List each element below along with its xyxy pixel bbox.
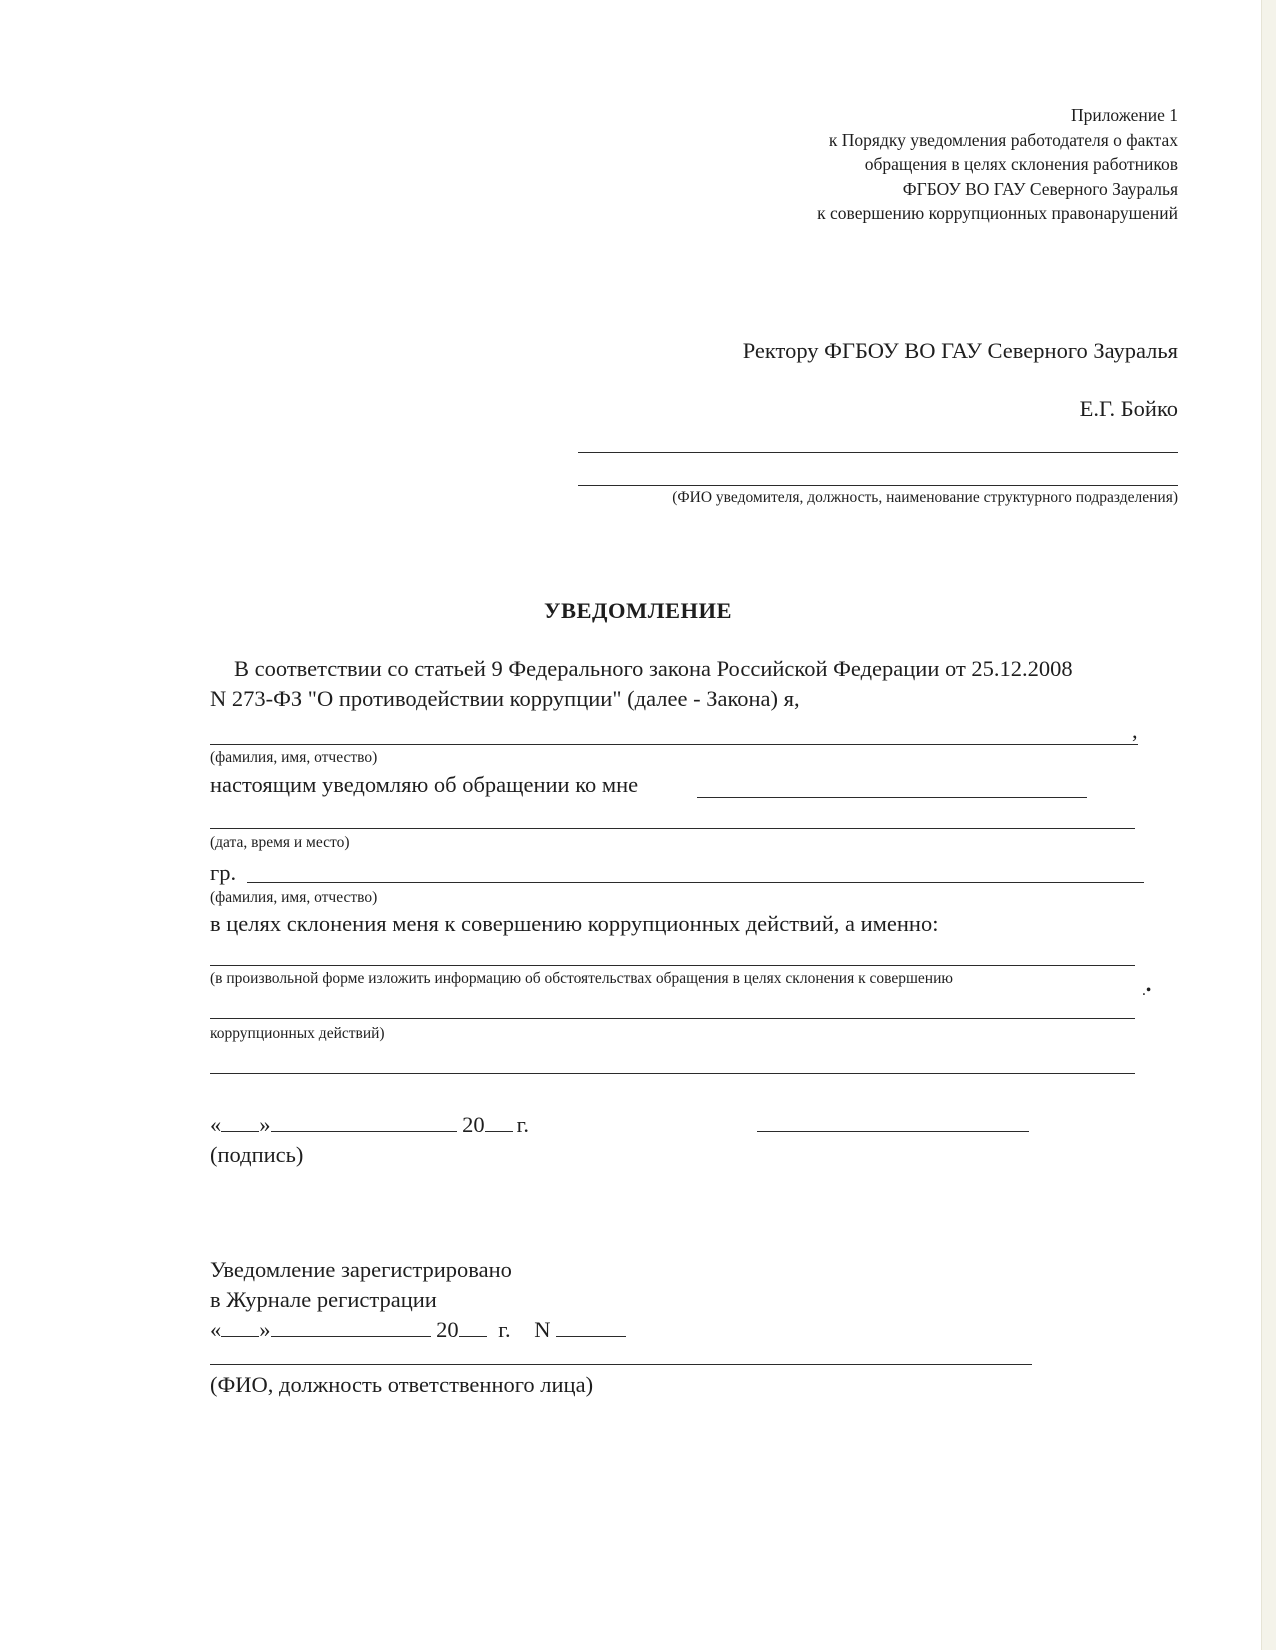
caption-fio: (фамилия, имя, отчество) xyxy=(210,749,377,767)
year-prefix: 20 xyxy=(462,1112,485,1137)
purpose-text: в целях склонения меня к совершению корр… xyxy=(210,911,938,937)
intro-line-1: В соответствии со статьей 9 Федерального… xyxy=(234,656,1073,682)
year-suffix: г. xyxy=(517,1112,529,1137)
page-edge xyxy=(1261,0,1276,1650)
appendix-line: обращения в целях склонения работников xyxy=(658,152,1178,177)
reg-day-field[interactable] xyxy=(221,1318,259,1337)
open-quote: « xyxy=(210,1317,221,1342)
month-field[interactable] xyxy=(271,1113,457,1132)
year-prefix: 20 xyxy=(436,1317,459,1342)
registration-date: «» 20 г. N xyxy=(210,1317,626,1343)
addressee-to: Ректору ФГБОУ ВО ГАУ Северного Зауралья xyxy=(743,338,1178,364)
document-title: УВЕДОМЛЕНИЕ xyxy=(0,598,1276,624)
sender-field-line-1[interactable] xyxy=(578,452,1178,453)
signature-date: «» 20г. xyxy=(210,1112,529,1138)
citizen-fio-field[interactable] xyxy=(247,882,1144,883)
appendix-header: Приложение 1 к Порядку уведомления работ… xyxy=(658,103,1178,226)
caption-details-2: коррупционных действий) xyxy=(210,1025,385,1043)
comma: , xyxy=(1132,718,1138,744)
details-field-line-1[interactable] xyxy=(210,965,1135,966)
notifier-fio-field[interactable] xyxy=(210,744,1138,745)
open-quote: « xyxy=(210,1112,221,1137)
year-field[interactable] xyxy=(485,1113,513,1132)
signature-caption: (подпись) xyxy=(210,1142,303,1168)
reg-number-field[interactable] xyxy=(556,1318,626,1337)
intro-line-2: N 273-ФЗ "О противодействии коррупции" (… xyxy=(210,686,800,712)
year-suffix: г. xyxy=(498,1317,510,1342)
notify-text: настоящим уведомляю об обращении ко мне xyxy=(210,772,638,798)
appendix-line: к Порядку уведомления работодателя о фак… xyxy=(658,128,1178,153)
caption-fio-2: (фамилия, имя, отчество) xyxy=(210,889,377,907)
registration-line-2: в Журнале регистрации xyxy=(210,1287,437,1313)
registration-line-1: Уведомление зарегистрировано xyxy=(210,1257,512,1283)
appendix-line: к совершению коррупционных правонарушени… xyxy=(658,201,1178,226)
caption-datetime: (дата, время и место) xyxy=(210,834,350,852)
appendix-line: ФГБОУ ВО ГАУ Северного Зауралья xyxy=(658,177,1178,202)
reg-year-field[interactable] xyxy=(459,1318,487,1337)
caption-details-1: (в произвольной форме изложить информаци… xyxy=(210,970,953,988)
details-field-line-2[interactable] xyxy=(210,1018,1135,1019)
contact-field-inline[interactable] xyxy=(697,797,1087,798)
sender-caption: (ФИО уведомителя, должность, наименовани… xyxy=(672,489,1178,507)
datetime-place-field[interactable] xyxy=(210,828,1135,829)
day-field[interactable] xyxy=(221,1113,259,1132)
sender-field-line-2[interactable] xyxy=(578,485,1178,486)
close-quote: » xyxy=(259,1317,270,1342)
close-quote: » xyxy=(259,1112,270,1137)
number-label: N xyxy=(534,1317,550,1342)
addressee-name: Е.Г. Бойко xyxy=(1080,396,1178,422)
stray-mark: .• xyxy=(1142,982,1151,1000)
reg-month-field[interactable] xyxy=(271,1318,431,1337)
citizen-prefix: гр. xyxy=(210,860,236,886)
responsible-person-field[interactable] xyxy=(210,1364,1032,1365)
responsible-caption: (ФИО, должность ответственного лица) xyxy=(210,1372,593,1398)
signature-field[interactable] xyxy=(757,1131,1029,1132)
appendix-line: Приложение 1 xyxy=(658,103,1178,128)
details-field-line-3[interactable] xyxy=(210,1073,1135,1074)
